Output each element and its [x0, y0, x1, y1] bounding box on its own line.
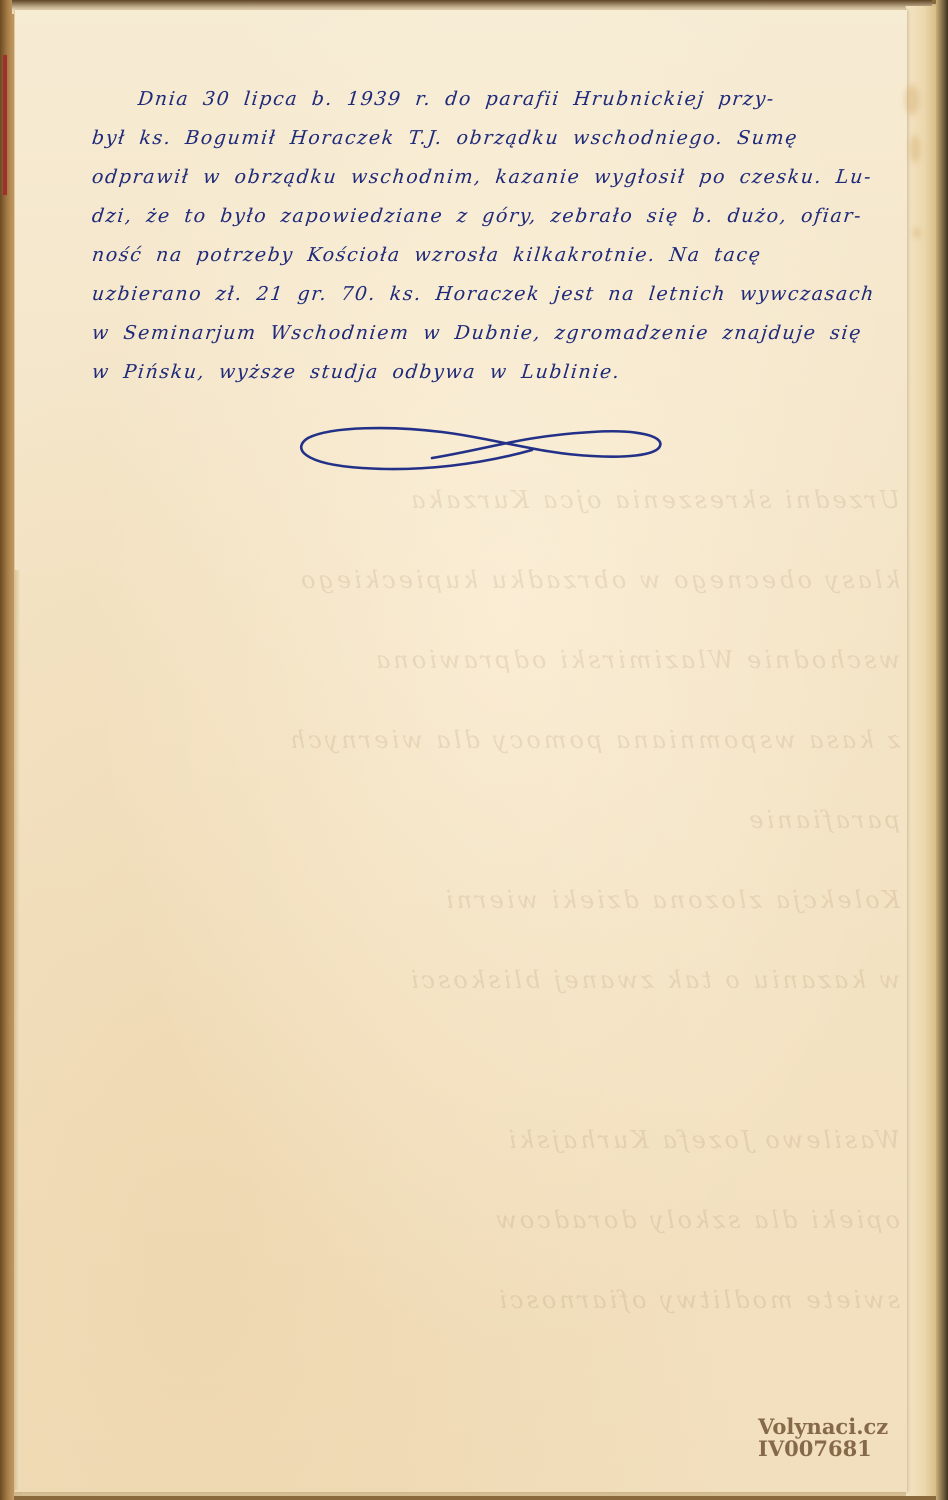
- handwritten-letter: Dnia 30 lipca b. 1939 r. do parafii Hrub…: [92, 80, 912, 392]
- letter-line: był ks. Bogumił Horaczek T.J. obrządku w…: [90, 119, 914, 158]
- binding-edge: [0, 0, 14, 1500]
- letter-line: uzbierano zł. 21 gr. 70. ks. Horaczek je…: [90, 275, 914, 314]
- letter-line: ność na potrzeby Kościoła wzrosła kilkak…: [90, 236, 914, 275]
- letter-line: dzi, że to było zapowiedziane z góry, ze…: [90, 197, 914, 236]
- archive-watermark: Volynaci.cz IV007681: [758, 1416, 888, 1460]
- watermark-site: Volynaci.cz: [758, 1416, 888, 1438]
- paper-stain: [913, 228, 921, 238]
- letter-line: Dnia 30 lipca b. 1939 r. do parafii Hrub…: [90, 80, 914, 119]
- binding-red-strip: [3, 55, 7, 195]
- letter-line: odprawił w obrządku wschodnim, kazanie w…: [90, 158, 914, 197]
- letter-line: w Seminarjum Wschodniem w Dubnie, zgroma…: [90, 314, 914, 353]
- watermark-id: IV007681: [758, 1438, 888, 1460]
- page-fold-crease: [14, 570, 20, 1490]
- infinity-flourish-icon: [292, 418, 664, 474]
- right-binding-edge: [936, 0, 948, 1500]
- letter-line: w Pińsku, wyższe studja odbywa w Lublini…: [90, 353, 914, 392]
